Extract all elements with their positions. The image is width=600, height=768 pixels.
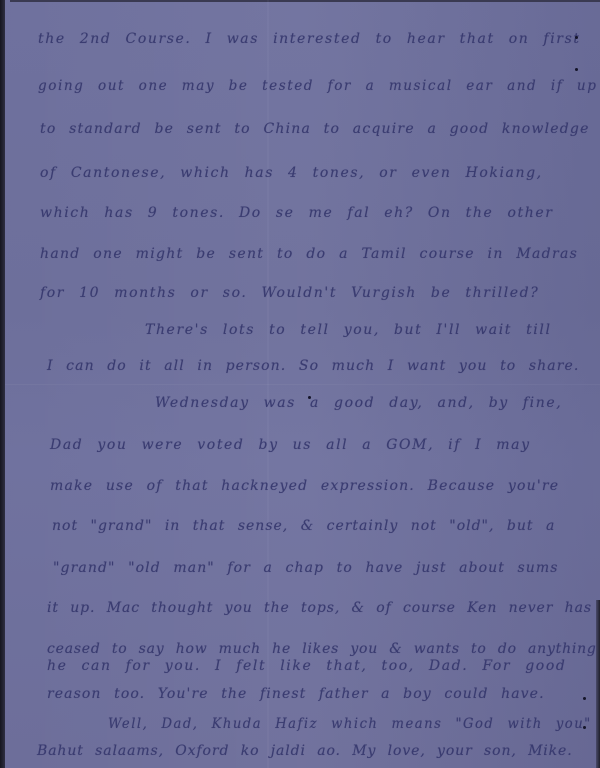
letter-line-16: ceased to say how much he likes you & wa… [47, 641, 597, 657]
letter-line-1: the 2nd Course. I was interested to hear… [38, 31, 581, 47]
punch-mark-upper [575, 68, 578, 71]
letter-line-9: I can do it all in person. So much I wan… [47, 358, 579, 374]
ink-dot-center [308, 396, 311, 399]
letter-line-11: Dad you were voted by us all a GOM, if I… [50, 437, 531, 453]
paper-fold-horizontal [5, 384, 600, 385]
letter-line-17: he can for you. I felt like that, too, D… [47, 658, 566, 674]
letter-line-7: for 10 months or so. Wouldn't Vurgish be… [40, 285, 539, 301]
letter-line-6: hand one might be sent to do a Tamil cou… [40, 246, 578, 262]
letter-line-19: Well, Dad, Khuda Hafiz which means "God … [108, 716, 592, 732]
letter-page: the 2nd Course. I was interested to hear… [5, 0, 600, 768]
letter-line-5: which has 9 tones. Do se me fal eh? On t… [40, 205, 554, 221]
punch-mark-top [575, 36, 578, 39]
letter-line-15: it up. Mac thought you the tops, & of co… [47, 600, 592, 616]
page-top-edge [10, 0, 600, 2]
letter-line-2: going out one may be tested for a musica… [38, 78, 597, 94]
letter-line-12: make use of that hackneyed expression. B… [50, 478, 559, 494]
letter-line-14: "grand" "old man" for a chap to have jus… [53, 560, 559, 576]
letter-line-4: of Cantonese, which has 4 tones, or even… [40, 165, 543, 181]
letter-line-20: Bahut salaams, Oxford ko jaldi ao. My lo… [37, 743, 573, 759]
scan-right-border [596, 600, 600, 768]
letter-line-8: There's lots to tell you, but I'll wait … [145, 322, 552, 338]
letter-line-13: not "grand" in that sense, & certainly n… [52, 518, 555, 534]
punch-mark-lower [583, 697, 586, 700]
letter-line-10: Wednesday was a good day, and, by fine, [155, 395, 562, 411]
letter-line-3: to standard be sent to China to acquire … [40, 121, 590, 137]
letter-line-18: reason too. You're the finest father a b… [47, 686, 545, 702]
